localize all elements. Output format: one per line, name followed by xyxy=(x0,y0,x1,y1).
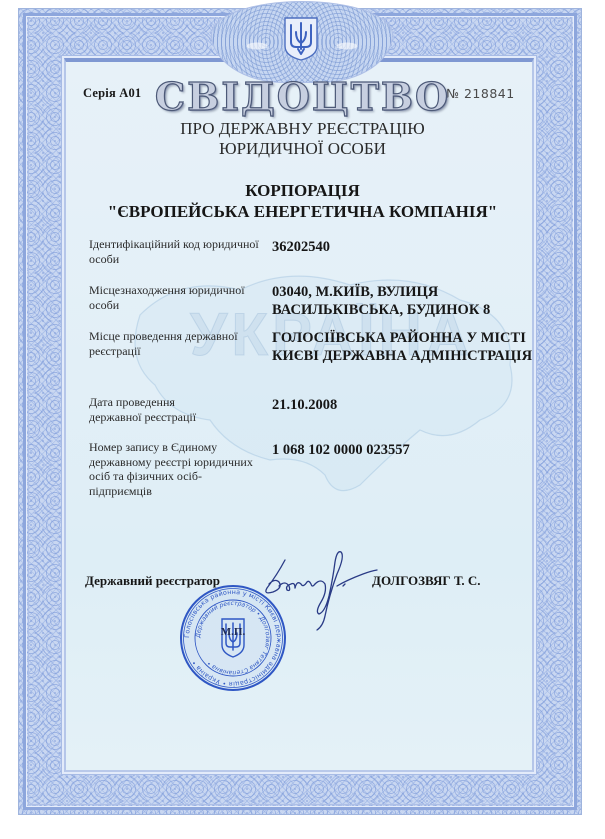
document-subtitle-line1: ПРО ДЕРЖАВНУ РЕЄСТРАЦІЮ xyxy=(0,119,605,139)
stamp-center-text: М.П. xyxy=(221,626,246,638)
field-label: Місцезнаходження юридичної особи xyxy=(89,283,269,312)
registrar-name: ДОЛГОЗВЯГ Т. С. xyxy=(372,573,480,589)
field-label: Місце проведення державної реєстрації xyxy=(89,329,239,358)
field-value: 36202540 xyxy=(272,238,542,256)
company-name-line1: КОРПОРАЦІЯ xyxy=(0,180,605,201)
field-value: 03040, М.КИЇВ, ВУЛИЦЯ ВАСИЛЬКІВСЬКА, БУД… xyxy=(272,283,542,319)
field-value: ГОЛОСІЇВСЬКА РАЙОННА У МІСТІ КИЄВІ ДЕРЖА… xyxy=(272,329,542,365)
document-title: СВІДОЦТВО xyxy=(0,74,605,120)
company-name: КОРПОРАЦІЯ "ЄВРОПЕЙСЬКА ЕНЕРГЕТИЧНА КОМП… xyxy=(0,180,605,222)
field-label: Номер запису в Єдиному державному реєстр… xyxy=(89,440,261,498)
field-label: Ідентифікаційний код юридичної особи xyxy=(89,237,269,266)
document-subtitle-line2: ЮРИДИЧНОЇ ОСОБИ xyxy=(0,139,605,159)
field-label: Дата проведення державної реєстрації xyxy=(89,395,229,424)
company-name-line2: "ЄВРОПЕЙСЬКА ЕНЕРГЕТИЧНА КОМПАНІЯ" xyxy=(0,201,605,222)
trident-coat-of-arms-icon xyxy=(283,16,319,62)
registrar-label: Державний реєстратор xyxy=(85,573,220,589)
handwritten-signature xyxy=(255,540,380,640)
field-value: 21.10.2008 xyxy=(272,396,542,414)
field-value: 1 068 102 0000 023557 xyxy=(272,441,542,459)
